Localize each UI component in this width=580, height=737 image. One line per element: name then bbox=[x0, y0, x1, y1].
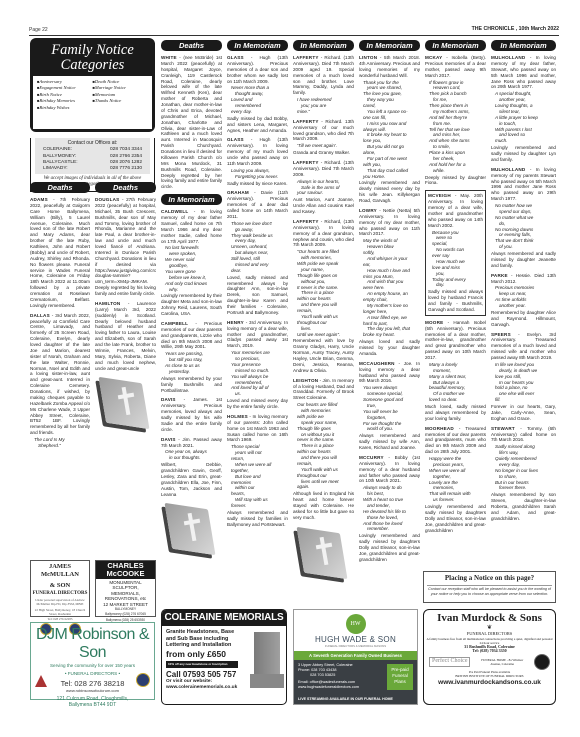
verse-line: your saviour. bbox=[297, 190, 354, 196]
notice-entry: MULHOLLAND - In loving memory of my dear… bbox=[491, 55, 556, 163]
notice-verse: Precious memorieskeep us near,As time un… bbox=[491, 285, 556, 309]
notice-text: CAMPBELL - Precious memories of our dear… bbox=[161, 321, 222, 350]
deaths-column-1: Deaths ADAMS - 7th February 2022, peacef… bbox=[30, 182, 90, 453]
notice-text: GLASS - Hugh (13th Anniversary). Preciou… bbox=[227, 55, 288, 84]
notice-body: - James. 1st Anniversary. Precious memor… bbox=[161, 397, 222, 431]
notice-text: GLASS - Hugh (13th Anniversary). In lovi… bbox=[227, 137, 288, 166]
notice-entry: STEWART - Tommy. (6th Anniversary) calle… bbox=[491, 426, 556, 522]
ad-charles-mccooke: CHARLES McCOOKE MONUMENTAL SCULPTOR, MEM… bbox=[95, 560, 156, 617]
verse-line: us forever. bbox=[429, 497, 486, 503]
headstone-base-image bbox=[250, 674, 284, 688]
notice-name: DAVIS bbox=[161, 437, 176, 442]
notice-body: - In loving memory of my dear father, St… bbox=[491, 55, 556, 89]
notice-name: LAFFERTY bbox=[293, 160, 319, 165]
notice-signoff: Sadly missed and always loved by husband… bbox=[428, 289, 483, 313]
category-item: Anniversary bbox=[37, 79, 93, 85]
memoriam-list: CALDWELL - In loving memory of my dear f… bbox=[161, 209, 222, 497]
notice-entry: WHITE - (nee McBride) 1st March 2022 (pe… bbox=[161, 55, 222, 190]
notice-signoff: Wilbert, Debbie, grandchildren Gavin, Ge… bbox=[161, 462, 222, 497]
page-number: Page 22 bbox=[29, 27, 48, 33]
category-item: Death Notice bbox=[93, 79, 149, 85]
column-7: In Memoriam MCKAY - Isobella (Betty). Pr… bbox=[425, 40, 486, 568]
notice-text: HAMILTON - Laurence (Larry) March 3rd, 2… bbox=[95, 301, 156, 372]
verse-line: yesterday. bbox=[165, 369, 222, 375]
notice-body: - May. 20th Anniversary. In loving memor… bbox=[428, 193, 483, 227]
masthead: THE CHRONICLE , 10th March 2022 bbox=[472, 26, 559, 33]
notice-entry: GLASS - Hugh (13th Anniversary). Preciou… bbox=[227, 55, 288, 133]
ad-address: 121 Culcrum Road, Cloughmills, Ballymena… bbox=[31, 696, 154, 708]
notice-verse: Many a lonelymoment,Many a silent tear,B… bbox=[425, 362, 486, 403]
notice-text: SPEERS - Evelyn. 3rd Anniversary. Treasu… bbox=[491, 332, 556, 361]
notice-body: - In loving memory of my parents Stewart… bbox=[491, 167, 556, 201]
notice-text: WHITE - (nee McBride) 1st March 2022 (pe… bbox=[161, 55, 222, 190]
in-memoriam-header: In Memoriam bbox=[227, 40, 288, 51]
verse-line: Until we meet again". bbox=[297, 332, 354, 338]
notice-name: GLASS bbox=[227, 55, 244, 60]
notice-text: CALDWELL - In loving memory of my dear f… bbox=[161, 209, 222, 244]
office-phone: 028 7776 2130 bbox=[110, 166, 142, 172]
ad-text: RENOVATIONS, etc bbox=[96, 596, 155, 601]
notice-entry: MOORE - Hannah Isobel (5th Anniversary).… bbox=[425, 320, 486, 422]
notice-body: - In loving memory of my dear father Sam… bbox=[161, 209, 222, 243]
notice-signoff: Lovingly remembered and sadly missed by … bbox=[359, 533, 420, 562]
notice-verse: Thank you for theyears we shared,The lov… bbox=[359, 80, 420, 180]
notice-text: GRAHAM - Davie (11th Anniversary). Preci… bbox=[227, 190, 288, 219]
notice-entry: LAFFERTY - Richard. (13th Anniversary). … bbox=[293, 55, 354, 115]
in-memoriam-header: In Memoriam bbox=[293, 40, 354, 51]
notice-body: - Richard. (13th Anniversary). Died 7th … bbox=[293, 55, 354, 95]
notice-signoff: Always remembered and sadly missed by fa… bbox=[227, 510, 288, 528]
notice-verse: Always in our hearts,Safe in the arms of… bbox=[293, 179, 354, 197]
notice-signoff: Sadly missed by dad Bobby, and sisters L… bbox=[227, 116, 288, 134]
notice-verse: The Lord Is MyShepherd." bbox=[30, 437, 90, 449]
verse-line: dear. bbox=[231, 268, 288, 274]
ad-title-line2: McCOOKE bbox=[96, 570, 155, 578]
notice-signoff: Much loved, sadly missed and always reme… bbox=[425, 404, 486, 422]
deaths-list: ADAMS - 7th February 2022, peacefully at… bbox=[30, 197, 90, 449]
notice-text: DAVIS - Jim. Passed away 7th March 2021. bbox=[161, 437, 222, 449]
bible-cross-icon bbox=[294, 527, 354, 579]
notice-name: LAFFERTY bbox=[293, 119, 319, 124]
deaths-header: Deaths bbox=[95, 182, 156, 193]
notice-text: LEIGHTON - Jim. In memory of a loving Hu… bbox=[293, 378, 354, 402]
verse-line: Forgetting you never. bbox=[231, 174, 288, 180]
notice-signoff: Always remembered by son Steven, daughte… bbox=[491, 492, 556, 521]
ad-djm-robinson: DJM Robinson & Son Serving the community… bbox=[30, 622, 155, 700]
notice-signoff: Aunt Marion, Aunt Joanne, Uncle Allan an… bbox=[293, 197, 354, 215]
column-5: In Memoriam LAFFERTY - Richard. (13th An… bbox=[293, 40, 354, 600]
notice-body: - 3rd March 2022, peacefully at Cornfiel… bbox=[30, 313, 90, 436]
ad-offer: 10% off any new Headstone or Inscription bbox=[166, 661, 238, 669]
notice-name: STEWART bbox=[491, 426, 515, 431]
category-item: Marriage Notice bbox=[93, 85, 149, 91]
notice-name: LAFFERTY bbox=[293, 219, 319, 224]
contact-offices-panel: Contact our Offices at: COLERAINE:028 70… bbox=[35, 138, 150, 174]
notice-name: DALLAS bbox=[30, 313, 50, 318]
verse-line: us. bbox=[231, 391, 288, 397]
notice-verse: Happy were theprecious years,When we wer… bbox=[425, 456, 486, 503]
deaths-header: Deaths bbox=[30, 182, 90, 193]
ad-role: • FUNERAL DIRECTORS • bbox=[31, 671, 154, 677]
notice-name: WHITE bbox=[161, 55, 177, 60]
notice-name: LAFFERTY bbox=[293, 55, 319, 60]
category-item: Thanks Notice bbox=[93, 98, 149, 104]
notice-signoff: Sadly missed by niece Karen. bbox=[227, 181, 288, 187]
lion-seal-icon bbox=[534, 654, 550, 670]
deaths-column-2: Deaths DOUGLAS - 27th February 2022 (pea… bbox=[95, 182, 156, 552]
lion-crest-icon bbox=[136, 673, 150, 687]
verse-line: of you. bbox=[495, 244, 556, 250]
prepaid-plans-badge: Pre-paid Funeral Plans bbox=[387, 664, 413, 690]
notice-entry: SPEERS - Evelyn. 3rd Anniversary. Treasu… bbox=[491, 332, 556, 422]
notice-text: MOORE - Hannah Isobel (5th Anniversary).… bbox=[425, 320, 486, 361]
verse-line: in our thoughts. bbox=[165, 455, 222, 461]
page-header: Page 22 THE CHRONICLE , 10th March 2022 bbox=[29, 26, 559, 36]
verse-line: loved so dear. bbox=[429, 397, 486, 403]
notice-name: LEIGHTON bbox=[293, 378, 318, 383]
notice-text: PARKE - Hessie. Died 13th March 2012. bbox=[491, 273, 556, 285]
notice-name: PARKE bbox=[491, 273, 508, 278]
ad-funeral-home: FUNERAL HOME - 8a Windsor Avenue, Colera… bbox=[479, 658, 525, 666]
notice-signoff: Deeply missed by daughter Fiona. bbox=[425, 175, 486, 187]
ad-coleraine-memorials: COLERAINE MEMORIALS Granite Headstones, … bbox=[161, 609, 287, 705]
notice-name: GLASS bbox=[227, 137, 244, 142]
categories-title: Family Notice Categories bbox=[33, 43, 152, 73]
notice-text: LAFFERTY - Richard. 13th Anniversary of … bbox=[293, 119, 354, 143]
notice-verse: No last farewellswere spoken,We never sa… bbox=[161, 245, 222, 292]
notice-text: HOLMES - In loving memory of our parents… bbox=[227, 414, 288, 443]
notice-entry: DALLAS - 3rd March 2022, peacefully at C… bbox=[30, 313, 90, 449]
notice-text: LAFFERTY - Richard. (13th Anniversary). … bbox=[293, 160, 354, 178]
notice-entry: DOUGLAS - 27th February 2022 (peacefully… bbox=[95, 197, 156, 297]
in-memoriam-header: In Memoriam bbox=[491, 40, 556, 51]
notice-text: STEWART - Tommy. (6th Anniversary) calle… bbox=[491, 426, 556, 444]
verse-line: 'Till we meet again'. bbox=[297, 143, 354, 149]
verse-line: while. bbox=[429, 168, 486, 174]
ad-title: & SON bbox=[31, 582, 89, 590]
column-8: In Memoriam MULHOLLAND - In loving memor… bbox=[491, 40, 556, 568]
notice-verse: In life we loved youdearly, in death wel… bbox=[491, 362, 556, 403]
office-town: LIMAVADY: bbox=[43, 166, 68, 172]
deaths-header: Deaths bbox=[161, 40, 222, 51]
verse-line: much. bbox=[495, 138, 556, 144]
ad-phone: Tel: 028 276 62285 bbox=[31, 617, 89, 621]
notice-text: MCCURRY - Bobby (1st Anniversary). In lo… bbox=[359, 455, 420, 484]
ad-tagline: FUNERAL DIRECTORS & MEMORIAL MASONS bbox=[294, 645, 417, 649]
notice-verse: Never more than athought away,Loved andr… bbox=[227, 85, 288, 114]
verse-line: world of you. bbox=[363, 426, 420, 432]
notice-signoff: Loved and missed every day by the entire… bbox=[227, 398, 288, 410]
notice-signoff: Lovingly remembered by their daughter Me… bbox=[161, 293, 222, 317]
notice-entry: CALDWELL - In loving memory of my dear f… bbox=[161, 209, 222, 317]
notice-signoff: Remembered by daughter Alice and Raymond… bbox=[491, 310, 556, 328]
notice-name: HENRY bbox=[227, 320, 244, 325]
notice-entry: MCVEIGH - May. 20th Anniversary. In lovi… bbox=[425, 190, 486, 316]
ad-james-mcmullan: JAMES McMULLAN & SON FUNERAL DIRECTORS U… bbox=[30, 560, 90, 617]
notice-signoff: Lovingly remembered and dearly missed ev… bbox=[359, 180, 420, 204]
memoriam-list: LINTON - 5th March 2018. 4th Anniversary… bbox=[359, 55, 420, 563]
notice-verse: No matter how wespend our days,No matter… bbox=[491, 203, 556, 250]
ad-address: 22 High Street, Ballymoney, 18 Church St… bbox=[31, 608, 89, 616]
verse-line: broke my heart. bbox=[363, 332, 420, 338]
notice-name: HOLMES bbox=[227, 414, 248, 419]
contact-heading: Contact our Offices at: bbox=[43, 140, 142, 146]
notice-name: DAVIS bbox=[161, 397, 176, 402]
ad-banner: A Seventh Generation Family Owned Busine… bbox=[294, 651, 417, 660]
ad-website: www.ivanmurdockandsons.co.uk bbox=[426, 679, 553, 687]
notice-entry: LOWRY - Nettie (Netta) 5th Anniversary. … bbox=[359, 208, 420, 357]
notice-text: DAVIS - James. 1st Anniversary. Precious… bbox=[161, 397, 222, 432]
headstone-image bbox=[254, 632, 280, 676]
ad-title: COLERAINE MEMORIALS bbox=[162, 610, 286, 626]
ad-institute: BRITISH INSTITUTE OF FUNERAL DIRECTORS bbox=[426, 674, 553, 678]
ad-ivan-murdock: Ivan Murdock & Sons ❦ FUNERAL DIRECTORS … bbox=[423, 609, 556, 705]
verse-line: forever. bbox=[231, 503, 288, 509]
notice-verse: Because youwere sospecial,No words canev… bbox=[428, 230, 483, 289]
notice-verse: Our hearts are filledwith memorieswith p… bbox=[293, 402, 354, 490]
notice-text: MCKAY - Isobella (Betty). Precious memor… bbox=[425, 55, 486, 79]
notice-verse: Your memories areso precious,Your presen… bbox=[227, 350, 288, 397]
notice-signoff: Forever in our hearts, Gary, Jake, Carly… bbox=[491, 404, 556, 422]
verse-line: you Home. bbox=[363, 174, 420, 180]
notice-entry: LAFFERTY - Richard. 13th Anniversary of … bbox=[293, 119, 354, 156]
notice-entry: HOLMES - In loving memory of our parents… bbox=[227, 414, 288, 528]
notice-text: MOORHEAD - Treasured memories of our dea… bbox=[425, 426, 486, 455]
notice-signoff: Always remembered and sadly missed by wi… bbox=[359, 433, 420, 451]
notice-entry: GLASS - Hugh (13th Anniversary). In lovi… bbox=[227, 137, 288, 186]
category-item: Engagement Notice bbox=[37, 85, 93, 91]
notice-verse: Always ready to dohis best,With a heart … bbox=[359, 485, 420, 532]
verse-line: mine." bbox=[297, 109, 354, 115]
notice-name: MCVEIGH bbox=[428, 193, 451, 198]
notice-entry: PARKE - Hessie. Died 13th March 2012.Pre… bbox=[491, 273, 556, 328]
notice-body: - 7th February 2022, peacefully at Galgo… bbox=[30, 197, 90, 308]
verse-line: every day. bbox=[231, 109, 288, 115]
notice-signoff: Loved, sadly missed and remembered alway… bbox=[227, 275, 288, 316]
bible-cross-icon bbox=[162, 503, 222, 555]
categories-title-line2: Categories bbox=[33, 58, 152, 73]
notice-text: MCCAUGHERN - Joe. In loving memory a dea… bbox=[359, 361, 420, 385]
verse-line: forever there. bbox=[495, 485, 556, 491]
notice-entry: GRAHAM - Davie (11th Anniversary). Preci… bbox=[227, 190, 288, 315]
ad-body: MONUMENTAL SCULPTOR, MEMORIALS, RENOVATI… bbox=[96, 580, 155, 623]
bible-cross-icon bbox=[96, 377, 156, 429]
notice-signoff: Granda and Granny Walker. bbox=[293, 150, 354, 156]
notice-entry: MCCAUGHERN - Joe. In loving memory a dea… bbox=[359, 361, 420, 451]
deaths-list: WHITE - (nee McBride) 1st March 2022 (pe… bbox=[161, 55, 222, 190]
notice-name: HAMILTON bbox=[95, 301, 120, 306]
notice-entry: LAFFERTY - Richard. (13th Anniversary). … bbox=[293, 160, 354, 215]
notice-verse: 'Till we meet again'. bbox=[293, 143, 354, 149]
notice-entry: HAMILTON - Laurence (Larry) March 3rd, 2… bbox=[95, 301, 156, 372]
ad-contact-panel: 3 Upper Abbey Street, Coleraine Phone: 0… bbox=[294, 660, 417, 704]
ad-title: Ivan Murdock & Sons bbox=[426, 612, 553, 625]
notice-name: MCCURRY bbox=[359, 455, 384, 460]
notice-entry: DAVIS - Jim. Passed away 7th March 2021.… bbox=[161, 437, 222, 498]
notice-name: CAMPBELL bbox=[161, 321, 188, 326]
notice-entry: LAFFERTY - Richard, (13th Anniversary). … bbox=[293, 219, 354, 374]
notice-name: CALDWELL bbox=[161, 209, 188, 214]
notice-text: DALLAS - 3rd March 2022, peacefully at C… bbox=[30, 313, 90, 436]
notice-text: MULHOLLAND - In loving memory of my pare… bbox=[491, 167, 556, 202]
verse-line: fill. bbox=[495, 397, 556, 403]
notice-body: - Hannah Isobel (5th Anniversary). Preci… bbox=[425, 320, 486, 360]
category-item: Birthday Wishes bbox=[37, 105, 93, 111]
verse-line: Shepherd." bbox=[34, 443, 90, 449]
verse-line: remember. bbox=[363, 526, 420, 532]
notice-signoff: Always remembered and sadly missed by da… bbox=[491, 251, 556, 269]
notice-name: MCCAUGHERN bbox=[359, 361, 395, 366]
notice-name: MCKAY bbox=[425, 55, 442, 60]
notice-name: MULHOLLAND bbox=[491, 167, 525, 172]
notice-signoff: Remembered with love by Granny Gladys, H… bbox=[293, 338, 354, 373]
placing-body: Contact our reception staff who will be … bbox=[427, 585, 552, 596]
ad-website: www.robinsonsofculcrum.com bbox=[31, 688, 154, 693]
ad-subtitle: FUNERAL DIRECTORS bbox=[31, 591, 89, 597]
notice-entry: MCCURRY - Bobby (1st Anniversary). In lo… bbox=[359, 455, 420, 563]
ad-hugh-wade: HW HUGH WADE & SON FUNERAL DIRECTORS & M… bbox=[293, 609, 418, 705]
notice-text: MULHOLLAND - In loving memory of my dear… bbox=[491, 55, 556, 90]
notice-entry: MOORHEAD - Treasured memories of our dea… bbox=[425, 426, 486, 534]
notice-text: ADAMS - 7th February 2022, peacefully at… bbox=[30, 197, 90, 309]
in-memoriam-header: In Memoriam bbox=[161, 194, 222, 205]
notice-name: ADAMS bbox=[30, 197, 48, 202]
categories-list-panel: AnniversaryDeath NoticeEngagement Notice… bbox=[33, 76, 152, 129]
notice-verse: May the winds ofHeaven blowsoftly,And wh… bbox=[359, 238, 420, 338]
notice-name: MOORE bbox=[425, 320, 443, 325]
categories-list: AnniversaryDeath NoticeEngagement Notice… bbox=[37, 79, 148, 110]
notice-body: - Laurence (Larry) March 3rd, 2022 (sudd… bbox=[95, 301, 156, 371]
memoriam-list: LAFFERTY - Richard. (13th Anniversary). … bbox=[293, 55, 354, 521]
notice-verse: Those we love don'tgo away,They walk bes… bbox=[227, 221, 288, 274]
ad-streaming-note: LIVE STREAMING AVAILABLE IN OUR FUNERAL … bbox=[298, 697, 393, 702]
office-row: LIMAVADY:028 7776 2130 bbox=[43, 166, 142, 172]
notice-text: LAFFERTY - Richard, (13th Anniversary). … bbox=[293, 219, 354, 248]
column-3: Deaths WHITE - (nee McBride) 1st March 2… bbox=[161, 40, 222, 600]
deaths-list: DOUGLAS - 27th February 2022 (peacefully… bbox=[95, 197, 156, 371]
family-notice-categories-box: Family Notice Categories AnniversaryDeat… bbox=[30, 38, 155, 132]
notice-body: - (nee McBride) 1st March 2022 (peaceful… bbox=[161, 55, 222, 189]
notice-entry: MULHOLLAND - In loving memory of my pare… bbox=[491, 167, 556, 269]
ad-address-line2: Ballymena BT44 9DT bbox=[31, 702, 154, 708]
memoriam-list: MCKAY - Isobella (Betty). Precious memor… bbox=[425, 55, 486, 533]
verse-line: again. bbox=[297, 484, 354, 490]
ad-tagline: Serving the community for over 150 years bbox=[31, 663, 154, 669]
categories-title-line1: Family Notice bbox=[33, 43, 152, 58]
notice-text: MCVEIGH - May. 20th Anniversary. In lovi… bbox=[428, 193, 483, 228]
ad-body: Granite Headstones, Base and Sub Base in… bbox=[162, 626, 286, 693]
placing-heading: Placing a Notice on this page? bbox=[427, 574, 552, 583]
memoriam-list: GLASS - Hugh (13th Anniversary). Preciou… bbox=[227, 55, 288, 528]
notice-verse: One year on, alwaysin our thoughts. bbox=[161, 449, 222, 461]
ad-title: CHARLES McCOOKE bbox=[96, 561, 155, 579]
notice-body: - 27th February 2022 (peacefully) at hos… bbox=[95, 197, 156, 296]
perfect-choice-logo: Perfect Choice bbox=[429, 657, 470, 667]
notice-text: DOUGLAS - 27th February 2022 (peacefully… bbox=[95, 197, 156, 297]
notice-text: HENRY - 3rd Anniversary. In loving memor… bbox=[227, 320, 288, 349]
notice-entry: DAVIS - James. 1st Anniversary. Precious… bbox=[161, 397, 222, 432]
verse-line: day. bbox=[432, 282, 483, 288]
column-4: In Memoriam GLASS - Hugh (13th Anniversa… bbox=[227, 40, 288, 605]
notice-verse: Loving you always,Forgetting you never. bbox=[227, 168, 288, 180]
notice-verse: A special thought,another year,Loving th… bbox=[491, 91, 556, 144]
notice-signoff: Lovingly remembered and sadly missed by … bbox=[491, 145, 556, 163]
notice-text: LAFFERTY - Richard. (13th Anniversary). … bbox=[293, 55, 354, 96]
notice-entry: LEIGHTON - Jim. In memory of a loving Hu… bbox=[293, 378, 354, 521]
placing-notice-box: Placing a Notice on this page? Contact o… bbox=[423, 571, 556, 603]
notice-verse: Sadly missed alonglife's way,Quietly rem… bbox=[491, 444, 556, 491]
notice-name: SPEERS bbox=[491, 332, 511, 337]
notice-verse: Those specialyears will notreturn,When w… bbox=[227, 444, 288, 509]
column-6: In Memoriam LINTON - 5th March 2018. 4th… bbox=[359, 40, 420, 605]
in-memoriam-header: In Memoriam bbox=[425, 40, 486, 51]
notice-name: DOUGLAS bbox=[95, 197, 119, 202]
notice-name: GRAHAM bbox=[227, 190, 249, 195]
notice-signoff: Lovingly remembered and sadly missed by … bbox=[425, 504, 486, 533]
notice-entry: CAMPBELL - Precious memories of our dear… bbox=[161, 321, 222, 394]
notice-verse: "Our hearts are filledwith memories,With… bbox=[293, 249, 354, 337]
notice-signoff: Always loved and sadly missed by your da… bbox=[359, 339, 420, 357]
notice-entry: LINTON - 5th March 2018. 4th Anniversary… bbox=[359, 55, 420, 204]
memoriam-list: MULHOLLAND - In loving memory of my dear… bbox=[491, 55, 556, 522]
verse-line: why. bbox=[165, 287, 222, 293]
notice-entry: HENRY - 3rd Anniversary. In loving memor… bbox=[227, 320, 288, 410]
notice-verse: Years are passing,but still you stay,As … bbox=[161, 351, 222, 375]
notice-text: LOWRY - Nettie (Netta) 5th Anniversary. … bbox=[359, 208, 420, 237]
offices-list: COLERAINE:028 7034 3344BALLYMONEY:028 27… bbox=[43, 147, 142, 172]
notice-verse: You were alwayssomeone special,Someone g… bbox=[359, 385, 420, 432]
category-item: Birth Notice bbox=[37, 92, 93, 98]
category-item: Memoriam bbox=[93, 92, 149, 98]
notice-text: LINTON - 5th March 2018. 4th Anniversary… bbox=[359, 55, 420, 79]
notice-name: MOORHEAD bbox=[425, 426, 454, 431]
ad-title: JAMES McMULLAN bbox=[31, 563, 89, 580]
category-item: Birthday Memories bbox=[37, 98, 93, 104]
in-memoriam-header: In Memoriam bbox=[359, 40, 420, 51]
notice-signoff: Although lived in England his heart and … bbox=[293, 491, 354, 520]
notice-entry: MCKAY - Isobella (Betty). Precious memor… bbox=[425, 55, 486, 186]
notice-name: LOWRY bbox=[359, 208, 377, 213]
verse-line: another year. bbox=[495, 303, 556, 309]
notice-entry: ADAMS - 7th February 2022, peacefully at… bbox=[30, 197, 90, 309]
notice-name: LINTON bbox=[359, 55, 377, 60]
hw-logo-icon: HW bbox=[346, 614, 366, 634]
ad-row: Perfect Choice FUNERAL HOME - 8a Windsor… bbox=[426, 654, 553, 670]
ad-title: DJM Robinson & Son bbox=[31, 626, 154, 662]
notice-name: MULHOLLAND bbox=[491, 55, 525, 60]
ad-text: Under personal supervision of Andrew McM… bbox=[31, 598, 89, 606]
notice-signoff: Always remembered by your family Bushmil… bbox=[161, 376, 222, 394]
notice-verse: If flowers grow inHeaven Lord,Then pick … bbox=[425, 80, 486, 174]
notice-verse: I have redeemedyou; you aremine." bbox=[293, 97, 354, 115]
